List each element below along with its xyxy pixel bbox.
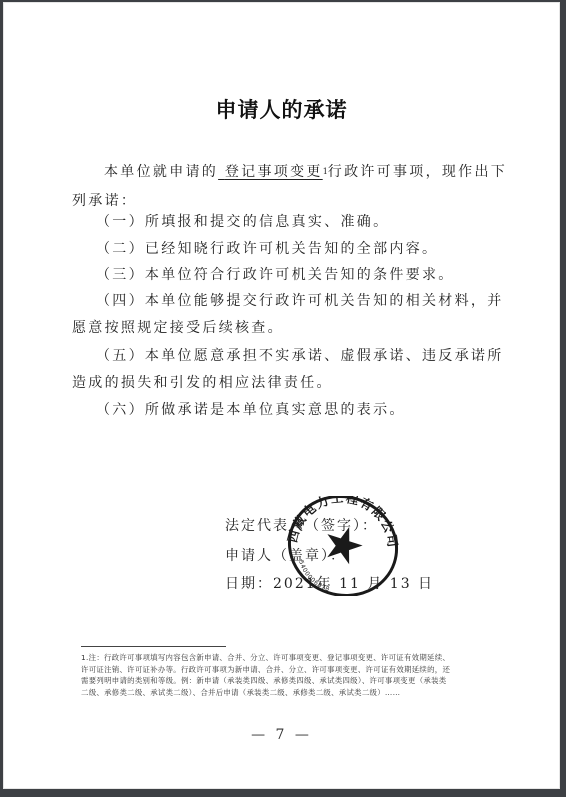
permit-item: 登记事项变更 <box>218 164 323 180</box>
footnote-line: 二级、承修类二级、承试类二级）、合并后申请（承装类二级、承修类二级、承试类二级）… <box>81 687 521 699</box>
svg-text:5400006878: 5400006878 <box>291 558 336 594</box>
date-label: 日期： <box>225 576 273 592</box>
footnote-line: 许可证注销、许可证补办等。行政许可事项为新申请、合并、分立、许可事项变更、许可证… <box>81 664 521 676</box>
footnote-divider <box>81 646 226 647</box>
commitment-1: （一）所填报和提交的信息真实、准确。 <box>96 215 389 229</box>
intro-line: 本单位就申请的 登记事项变更1行政许可事项，现作出下 <box>104 165 507 179</box>
commitment-4: （四）本单位能够提交行政许可机关告知的相关材料，并 <box>96 294 504 308</box>
intro-suffix: 行政许可事项，现作出下 <box>328 164 507 180</box>
page-number: — 7 — <box>3 727 560 743</box>
seal-number: 5400006878 <box>291 558 336 594</box>
commitment-2: （二）已经知晓行政许可机关告知的全部内容。 <box>96 242 438 256</box>
commitment-6: （六）所做承诺是本单位真实意思的表示。 <box>96 403 406 417</box>
intro-continuation: 列承诺： <box>72 194 137 208</box>
commitment-3: （三）本单位符合行政许可机关告知的条件要求。 <box>96 268 455 282</box>
document-page: 申请人的承诺 本单位就申请的 登记事项变更1行政许可事项，现作出下 列承诺： （… <box>3 2 560 789</box>
commitment-5: （五）本单位愿意承担不实承诺、虚假承诺、违反承诺所 <box>96 349 504 363</box>
document-title: 申请人的承诺 <box>3 94 560 124</box>
commitment-4-continuation: 愿意按照规定接受后续核查。 <box>72 321 284 335</box>
intro-prefix: 本单位就申请的 <box>104 164 218 180</box>
footnote-line: 1.注：行政许可事项填写内容包含新申请、合并、分立、许可事项变更、登记事项变更、… <box>81 652 521 664</box>
company-seal-icon: 西藏电力工程有限公司 5400006878 <box>276 496 410 596</box>
commitment-5-continuation: 造成的损失和引发的相应法律责任。 <box>72 376 333 390</box>
footnote-line: 需要列明申请的类别和等级。例：新申请（承装类四级、承修类四级、承试类四级）、许可… <box>81 675 521 687</box>
footnote: 1.注：行政许可事项填写内容包含新申请、合并、分立、许可事项变更、登记事项变更、… <box>81 652 521 698</box>
